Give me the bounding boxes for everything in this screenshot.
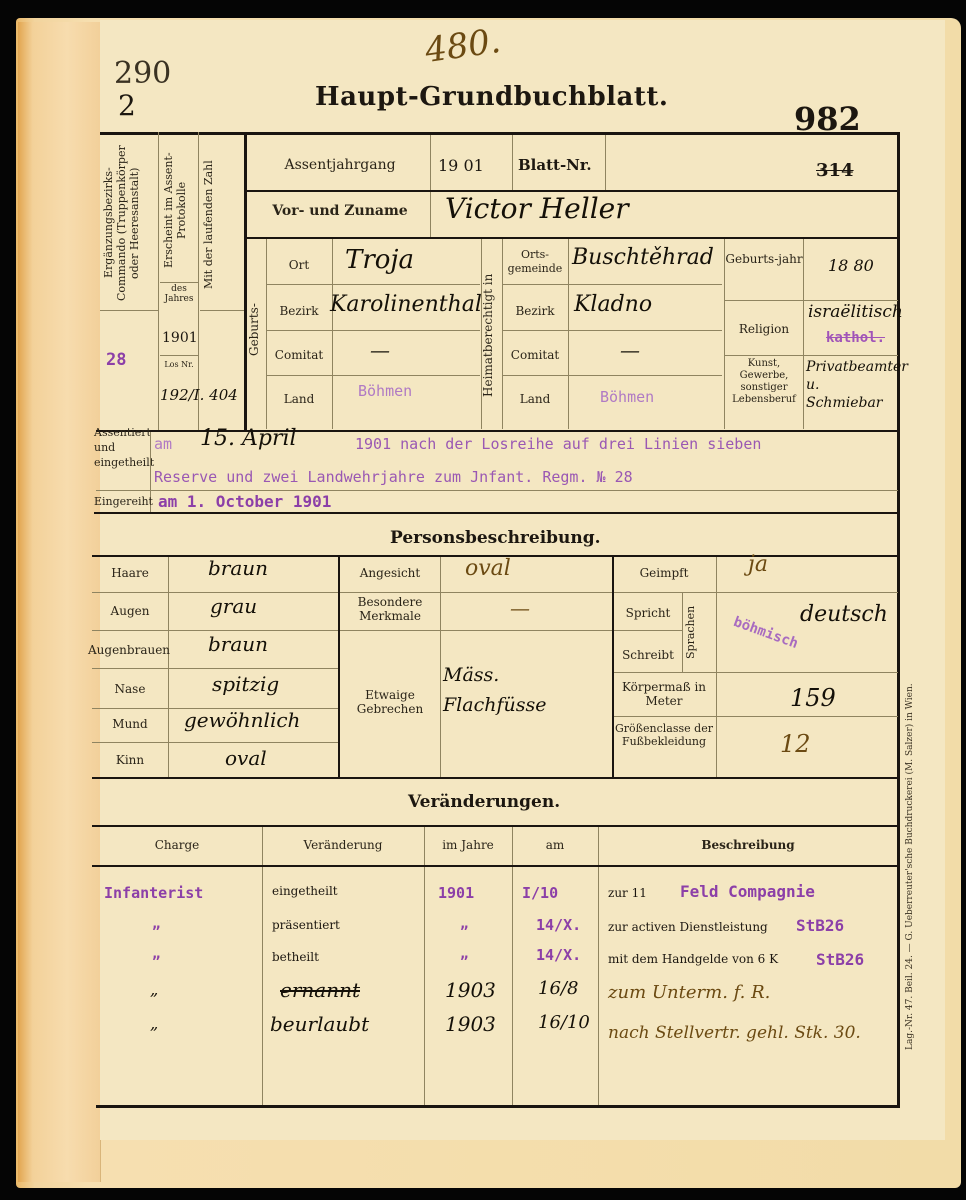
blatt-nr-label: Blatt-Nr.	[518, 156, 592, 174]
frame-bottom	[96, 1105, 900, 1108]
page-title: Haupt-Grundbuchblatt.	[315, 82, 668, 112]
row1-change: eingetheilt	[272, 884, 338, 898]
divider	[160, 355, 198, 356]
groessenclasse-value: 12	[780, 730, 811, 758]
divider	[92, 825, 898, 827]
divider	[440, 557, 441, 777]
row3-year: „	[460, 946, 468, 962]
haare-value: braun	[208, 556, 268, 580]
mund-label: Mund	[92, 717, 168, 731]
divider	[340, 592, 612, 593]
eingereiht-value: am 1. October 1901	[158, 492, 331, 511]
row3-desc: StB26	[816, 950, 864, 969]
sprachen-label: Sprachen	[684, 596, 712, 668]
frame-top	[100, 132, 900, 135]
handwritten-top-number: 480.	[423, 21, 504, 71]
row3-desc-prefix: mit dem Handgelde von 6 K	[608, 952, 778, 966]
home-comitat-label: Comitat	[502, 348, 568, 362]
row5-year: 1903	[445, 1012, 496, 1036]
koerpermass-value: 159	[790, 684, 836, 712]
home-bezirk-value: Kladno	[574, 292, 652, 317]
divider	[724, 300, 898, 301]
row1-desc: Feld Compagnie	[680, 882, 815, 901]
gebrechen-label: Etwaige Gebrechen	[340, 688, 440, 716]
row4-change: ernannt	[280, 978, 360, 1002]
changes-title: Veränderungen.	[408, 792, 560, 812]
divider	[512, 827, 513, 1105]
divider	[266, 284, 480, 285]
row2-desc: StB26	[796, 916, 844, 935]
header-charge: Charge	[92, 838, 262, 852]
description-title: Personsbeschreibung.	[390, 528, 601, 548]
divider	[92, 777, 898, 779]
religion-value: israëlitisch	[808, 302, 903, 322]
col-divider	[158, 132, 159, 432]
header-beschreibung: Beschreibung	[598, 838, 898, 852]
row5-desc: nach Stellvertr. gehl. Stk. 30.	[608, 1016, 888, 1050]
divider	[430, 135, 431, 190]
merkmale-label: Besondere Merkmale	[340, 595, 440, 623]
assentiert-line1: 1901 nach der Losreihe auf drei Linien s…	[355, 435, 761, 453]
assentiert-date: 15. April	[200, 426, 297, 451]
divider	[92, 592, 338, 593]
row2-date: 14/X.	[536, 916, 581, 934]
birth-land-label: Land	[266, 392, 332, 406]
header-am: am	[512, 838, 598, 852]
row1-year: 1901	[438, 884, 474, 902]
row3-date: 14/X.	[536, 946, 581, 964]
divider	[168, 557, 169, 777]
divider	[424, 827, 425, 1105]
frame-right	[897, 132, 900, 1107]
divider	[614, 672, 898, 673]
header-col1-label: Ergänzungsbezirks-Commando (Truppenkörpe…	[102, 138, 156, 308]
regiment-number: 28	[106, 350, 126, 370]
divider	[614, 630, 682, 631]
angesicht-label: Angesicht	[340, 566, 440, 580]
birth-comitat-label: Comitat	[266, 348, 332, 362]
los-nr-label: Los Nr.	[160, 358, 198, 372]
birth-group-label: Geburts-	[248, 260, 264, 400]
divider	[724, 355, 898, 356]
row5-change: beurlaubt	[270, 1012, 369, 1036]
row4-year: 1903	[445, 978, 496, 1002]
row1-desc-prefix: zur 11	[608, 886, 647, 900]
schreibt-label: Schreibt	[614, 648, 682, 662]
merkmale-value: —	[510, 596, 530, 620]
groessenclasse-label: Größenclasse der Fußbekleidung	[614, 722, 714, 748]
divider	[502, 330, 722, 331]
augen-value: grau	[210, 594, 257, 618]
divider	[246, 237, 898, 239]
name-value: Victor Heller	[445, 192, 629, 225]
row5-date: 16/10	[538, 1012, 590, 1033]
divider	[605, 135, 606, 190]
sprachen-stamp: böhmisch	[731, 614, 800, 652]
home-gemeinde-value: Buschtěhrad	[572, 245, 714, 270]
divider	[262, 827, 263, 1105]
birth-ort-value: Troja	[345, 245, 414, 275]
haare-label: Haare	[92, 566, 168, 580]
divider	[92, 742, 338, 743]
nase-value: spitzig	[212, 672, 279, 696]
header-col2-label: Erscheint im Assent-Protokolle	[162, 140, 196, 280]
religion-struck-value: kathol.	[826, 330, 885, 346]
birth-land-value: Böhmen	[358, 382, 412, 400]
divider	[614, 592, 898, 593]
divider	[266, 330, 480, 331]
corner-number-bottom: 2	[118, 92, 136, 120]
divider	[338, 557, 340, 777]
row4-charge: „	[150, 980, 158, 999]
header-veraenderung: Veränderung	[262, 838, 424, 852]
home-gemeinde-label: Orts-gemeinde	[502, 248, 568, 276]
birth-comitat-value: —	[370, 338, 390, 362]
form-sheet: 290 2 480. Haupt-Grundbuchblatt. 982 Erg…	[100, 20, 945, 1140]
koerpermass-label: Körpermaß in Meter	[614, 680, 714, 708]
divider	[340, 630, 612, 631]
birth-bezirk-value: Karolinenthal	[330, 292, 482, 317]
divider	[502, 375, 722, 376]
row5-charge: „	[150, 1014, 158, 1033]
row3-charge: „	[152, 946, 160, 962]
nase-label: Nase	[92, 682, 168, 696]
gebrechen-value: Mäss. Flachfüsse	[443, 660, 593, 720]
los-nr-value: 192/I. 404	[160, 386, 250, 404]
folded-flap	[18, 22, 101, 1182]
divider	[94, 512, 898, 514]
geimpft-label: Geimpft	[614, 566, 714, 580]
religion-label: Religion	[725, 322, 803, 336]
sprachen-value: deutsch	[800, 602, 888, 627]
beruf-value: Privatbeamter u. Schmiebar	[806, 358, 898, 412]
divider	[716, 557, 717, 777]
augenbrauen-value: braun	[208, 632, 268, 656]
geimpft-value: ja	[748, 552, 768, 577]
divider	[803, 239, 804, 429]
row3-change: betheilt	[272, 950, 319, 964]
row2-change: präsentiert	[272, 918, 340, 932]
home-bezirk-label: Bezirk	[502, 304, 568, 318]
spricht-label: Spricht	[614, 606, 682, 620]
header-col3-label: Mit der laufenden Zahl	[202, 140, 240, 310]
protocol-year: 1901	[162, 330, 198, 346]
geburtsjahr-label: Geburts-jahr	[725, 252, 803, 266]
birth-bezirk-label: Bezirk	[266, 304, 332, 318]
row2-year: „	[460, 916, 468, 932]
row2-desc-prefix: zur activen Dienstleistung	[608, 920, 768, 934]
row1-charge: Infanterist	[104, 884, 203, 902]
divider	[92, 668, 338, 669]
divider	[512, 135, 513, 190]
assentjahrgang-value: 19 01	[438, 156, 484, 175]
row2-charge: „	[152, 916, 160, 932]
divider	[92, 630, 338, 631]
assentiert-prefix: am	[154, 435, 172, 453]
divider	[598, 827, 599, 1105]
name-label: Vor- und Zuname	[250, 204, 430, 218]
home-comitat-value: —	[620, 338, 640, 362]
divider	[502, 284, 722, 285]
divider	[200, 310, 244, 311]
angesicht-value: oval	[465, 556, 511, 581]
augenbrauen-label: Augenbrauen	[88, 643, 168, 657]
assentiert-label: Assentiert und eingetheilt	[94, 425, 154, 470]
header-jahre: im Jahre	[424, 838, 512, 852]
augen-label: Augen	[92, 604, 168, 618]
divider	[568, 239, 569, 429]
divider	[332, 239, 333, 429]
home-group-label: Heimatberechtigt in	[482, 245, 500, 425]
crossed-blatt-number: 314	[816, 160, 854, 181]
assentiert-line2: Reserve und zwei Landwehrjahre zum Jnfan…	[154, 468, 633, 486]
row4-desc: zum Unterm. f. R.	[608, 982, 770, 1003]
divider	[160, 282, 198, 283]
assentjahrgang-label: Assentjahrgang	[250, 158, 430, 172]
row4-date: 16/8	[538, 978, 578, 999]
mund-value: gewöhnlich	[184, 708, 300, 732]
divider	[614, 716, 898, 717]
beruf-label: Kunst, Gewerbe, sonstiger Lebensberuf	[725, 358, 803, 406]
divider	[430, 192, 431, 237]
geburtsjahr-value: 18 80	[828, 256, 874, 275]
divider	[92, 865, 898, 867]
home-land-value: Böhmen	[600, 388, 654, 406]
des-jahres-label: des Jahres	[160, 284, 198, 304]
row1-date: I/10	[522, 884, 558, 902]
divider	[682, 592, 683, 672]
printer-note: Lag.-Nr. 47. Beil. 24. — G. Ueberreuter'…	[905, 610, 919, 1050]
divider	[266, 375, 480, 376]
eingereiht-label: Eingereiht	[94, 495, 150, 509]
divider	[96, 490, 898, 491]
kinn-label: Kinn	[92, 753, 168, 767]
divider	[100, 310, 158, 311]
birth-ort-label: Ort	[266, 258, 332, 272]
home-land-label: Land	[502, 392, 568, 406]
kinn-value: oval	[225, 746, 267, 770]
corner-number-top: 290	[114, 60, 171, 88]
